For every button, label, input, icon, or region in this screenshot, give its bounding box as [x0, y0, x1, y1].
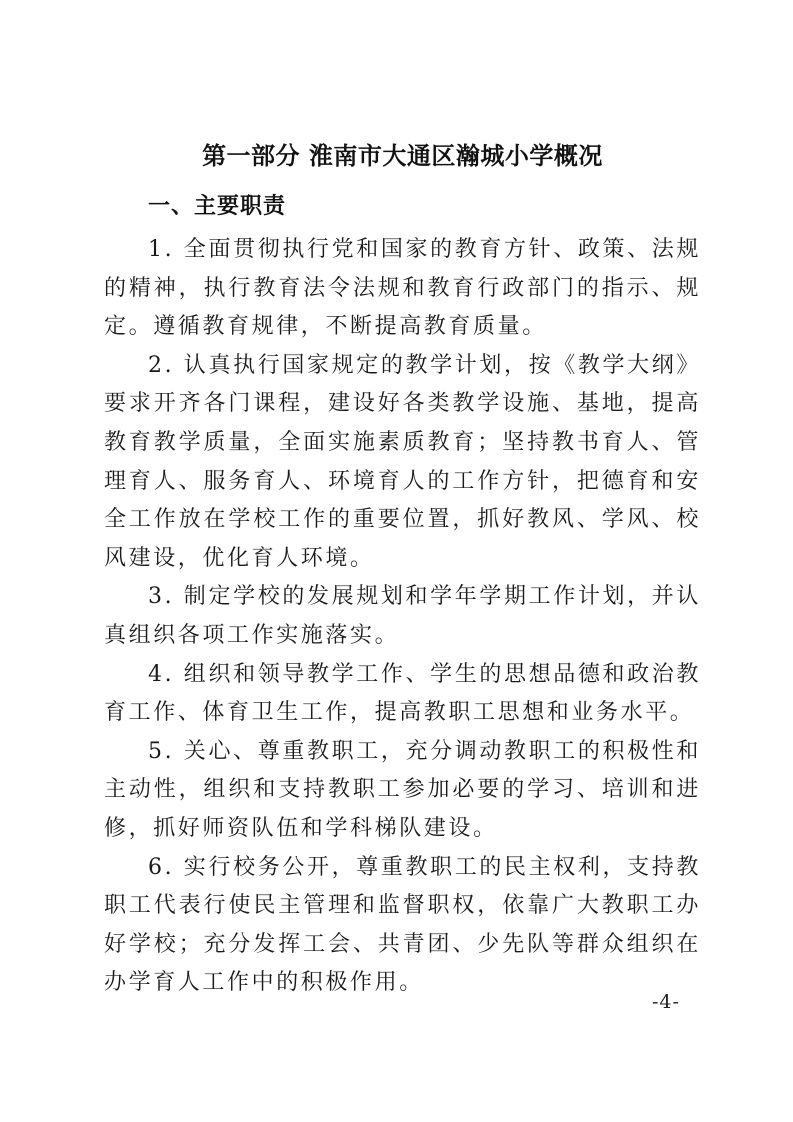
- document-page: 第一部分 淮南市大通区瀚城小学概况 一、主要职责 1. 全面贯彻执行党和国家的教…: [0, 0, 793, 1122]
- body-paragraph-6: 6. 实行校务公开，尊重教职工的民主权利，支持教职工代表行使民主管理和监督职权，…: [104, 849, 701, 1003]
- section-heading: 一、主要职责: [104, 191, 701, 223]
- body-paragraph-1: 1. 全面贯彻执行党和国家的教育方针、政策、法规的精神，执行教育法令法规和教育行…: [104, 231, 701, 347]
- body-paragraph-5: 5. 关心、尊重教职工，充分调动教职工的积极性和主动性，组织和支持教职工参加必要…: [104, 733, 701, 849]
- page-title: 第一部分 淮南市大通区瀚城小学概况: [104, 140, 701, 172]
- body-paragraph-3: 3. 制定学校的发展规划和学年学期工作计划，并认真组织各项工作实施落实。: [104, 578, 701, 655]
- document-content: 第一部分 淮南市大通区瀚城小学概况 一、主要职责 1. 全面贯彻执行党和国家的教…: [104, 140, 701, 1003]
- body-paragraph-2: 2. 认真执行国家规定的教学计划，按《教学大纲》要求开齐各门课程，建设好各类教学…: [104, 347, 701, 579]
- body-paragraph-4: 4. 组织和领导教学工作、学生的思想品德和政治教育工作、体育卫生工作，提高教职工…: [104, 656, 701, 733]
- page-number: -4-: [652, 991, 680, 1013]
- body-text: 1. 全面贯彻执行党和国家的教育方针、政策、法规的精神，执行教育法令法规和教育行…: [104, 231, 701, 1003]
